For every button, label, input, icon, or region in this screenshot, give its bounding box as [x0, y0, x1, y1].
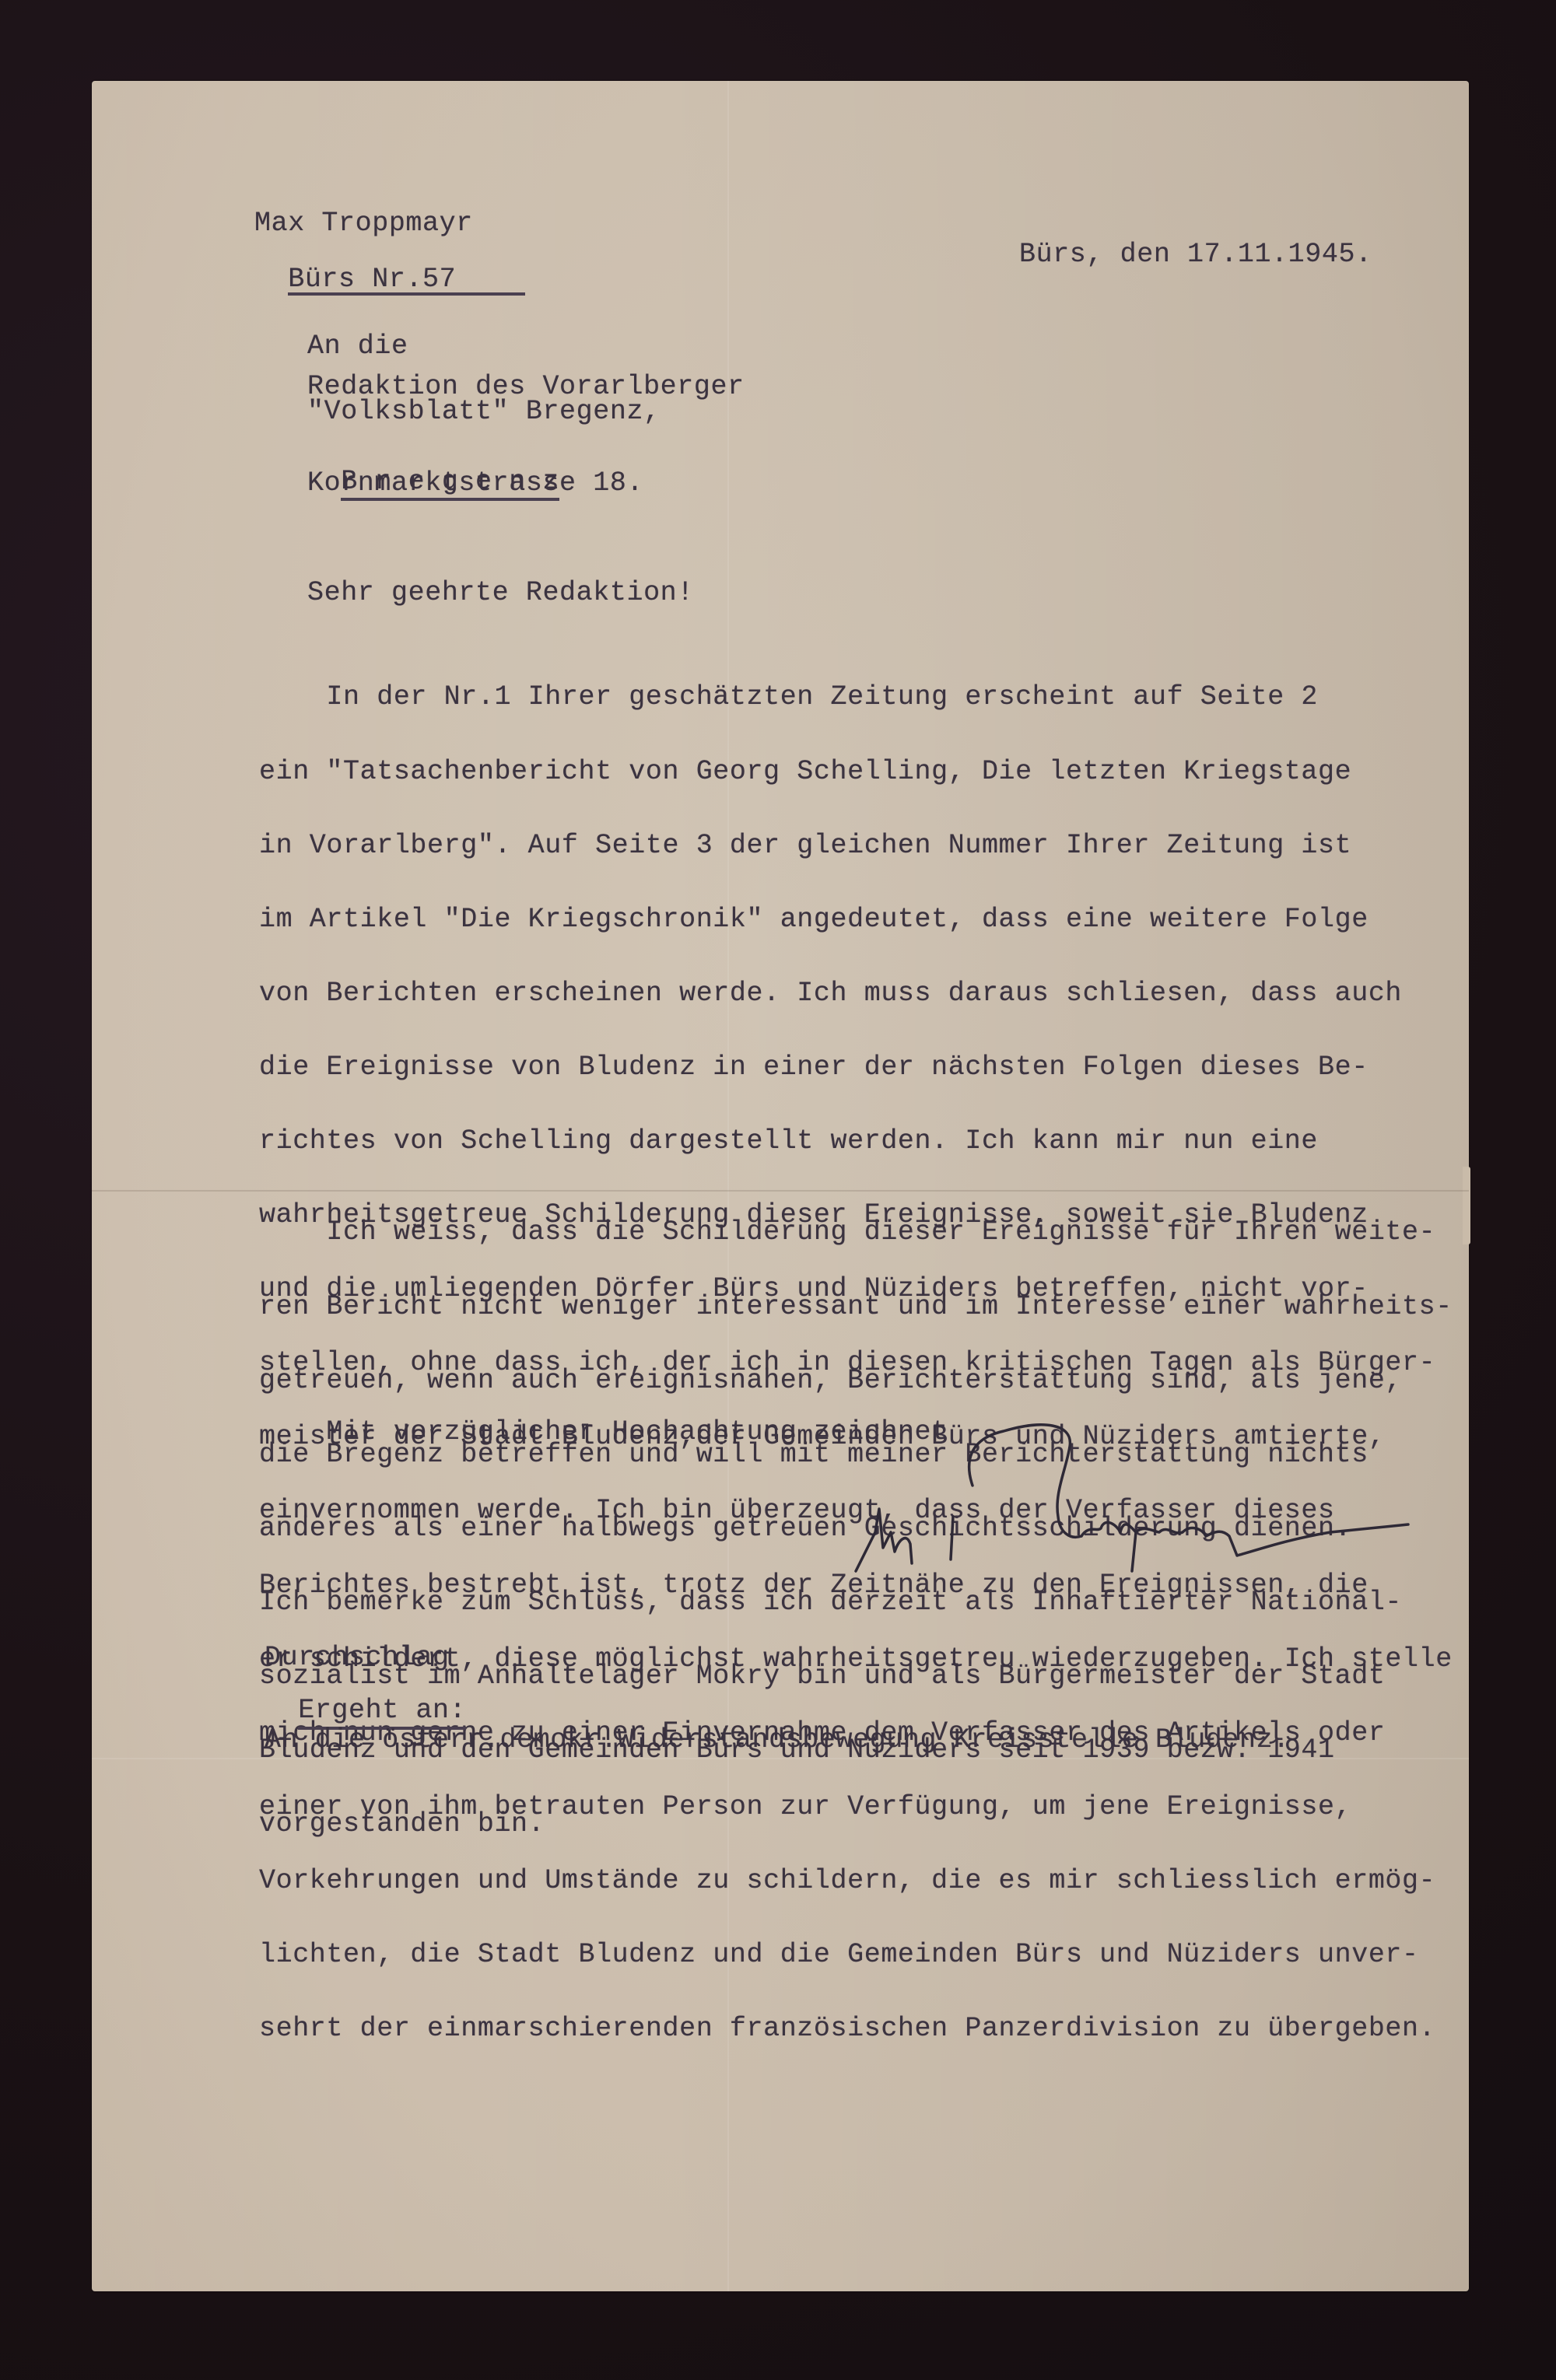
place-date: Bürs, den 17.11.1945. [1019, 243, 1372, 268]
text-line: getreuen, wenn auch ereignisnahen, Beric… [259, 1369, 1453, 1394]
copy-label: Durchschlag [265, 1646, 450, 1671]
sender-address-text: Bürs Nr.57 [288, 268, 525, 296]
text-line: Vorkehrungen und Umstände zu schildern, … [259, 1869, 1453, 1894]
copy-heading: Ergeht an: [265, 1674, 466, 1723]
text-line: In der Nr.1 Ihrer geschätzten Zeitung er… [259, 685, 1453, 710]
recipient-line2: "Volksblatt" Bregenz, [307, 400, 661, 425]
text-line: vorgestanden bin. [259, 1812, 1453, 1837]
greeting: Sehr geehrte Redaktion! [307, 581, 694, 606]
text-line: die Ereignisse von Bludenz in einer der … [259, 1055, 1453, 1080]
sender-name: Max Troppmayr [254, 212, 473, 236]
text-line: ein "Tatsachenbericht von Georg Schellin… [259, 760, 1453, 785]
text-line: ren Bericht nicht weniger interessant un… [259, 1295, 1453, 1320]
signature-handwritten [848, 1416, 1439, 1587]
closing: Mit vorzüglicher Hochachtung zeichnet [259, 1420, 948, 1445]
text-line: Ich bemerke zum Schluss, dass ich derzei… [259, 1591, 1453, 1615]
copy-recipient: An die österr.demokr.Widerstandsbewegung… [265, 1728, 1290, 1753]
text-line: richtes von Schelling dargestellt werden… [259, 1129, 1453, 1154]
recipient-street: Kornmarktstrasse 18. [307, 471, 643, 496]
sender-address: Bürs Nr.57 [254, 243, 525, 296]
text-line: im Artikel "Die Kriegschronik" angedeute… [259, 908, 1453, 933]
text-line: Ich weiss, dass die Schilderung dieser E… [259, 1220, 1453, 1245]
text-line: sehrt der einmarschierenden französische… [259, 2017, 1453, 2042]
paper-edge-tab [1463, 1167, 1470, 1244]
text-line: in Vorarlberg". Auf Seite 3 der gleichen… [259, 834, 1453, 859]
text-line: von Berichten erscheinen werde. Ich muss… [259, 982, 1453, 1006]
text-line: lichten, die Stadt Bludenz und die Gemei… [259, 1943, 1453, 1968]
recipient-prefix: An die [307, 334, 408, 359]
